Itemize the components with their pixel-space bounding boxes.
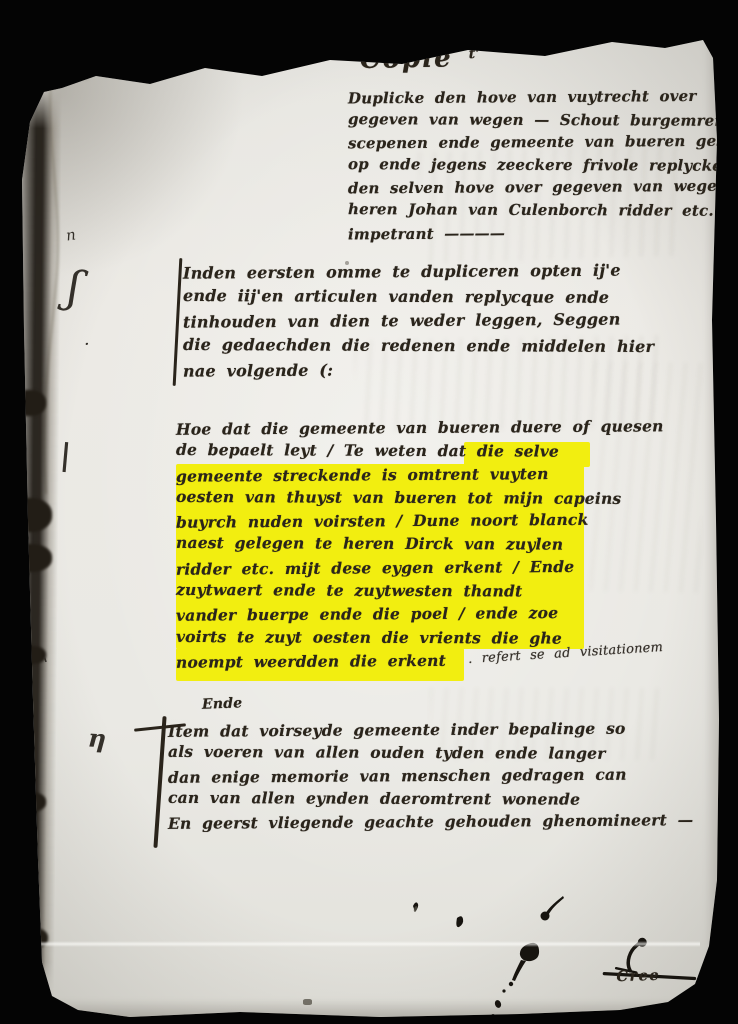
margin-mark-eta: η [87,723,107,753]
sewing-knot [12,390,46,416]
edge-speck [303,999,312,1005]
text-line: buyrch nuden voirsten / Dune noort blanc… [176,507,664,534]
sewing-knot [14,792,46,812]
sewing-knot [6,498,52,532]
signature-text: Cree [616,967,660,986]
sewing-knot [8,544,52,572]
page-title: Copie t' [360,43,480,75]
page-edge-shading-bottom [50,994,700,1020]
paragraph-4-header: Ende [202,695,243,712]
text-line: op ende jegens zeeckere frivole replycke… [348,153,738,177]
text-line: Duplicke den hove van vuytrecht over [348,85,738,110]
text-line: tinhouden van dien te weder leggen, Segg… [183,308,654,336]
paragraph-bracket [173,258,183,386]
text-line: den selven hove over gegeven van wegen [348,175,738,200]
text-line: als voeren van allen ouden tyden ende la… [168,740,693,765]
text-line: gemeente streckende is omtrent vuyten [176,461,664,488]
paragraph-2: Inden eersten omme te dupliceren opten i… [183,260,654,383]
text-line: Inden eersten omme te dupliceren opten i… [183,258,654,286]
text-line: naest gelegen te heren Dirck van zuylen [176,531,664,556]
paper-crease [40,941,700,947]
text-line: nae volgende (: [183,357,654,385]
heading-flourish: t' [468,46,479,62]
text-line: de bepaelt leyt / Te weten dat die selve [176,438,664,463]
text-line: zuytwaert ende te zuytwesten thandt [176,578,664,603]
text-line: ridder etc. mijt dese eygen erkent / End… [176,554,664,581]
text-line: oesten van thuyst van bueren tot mijn ca… [176,485,664,510]
text-line: heren Johan van Culenborch ridder etc. [348,198,738,222]
paper-speck [345,261,349,265]
text-line: Item dat voirseyde gemeente inder bepali… [168,716,693,743]
paragraph-bracket [153,716,166,848]
text-line: can van allen eynden daeromtrent wonende [168,786,693,811]
text-line: scepenen ende gemeente van bueren gestel… [348,130,738,155]
text-line: vander buerpe ende die poel / ende zoe [176,601,664,628]
manuscript-page: Copie t' Duplicke den hove van vuytrecht… [0,0,738,1024]
paragraph-1: Duplicke den hove van vuytrecht over geg… [348,86,738,244]
text-line: Hoe dat die gemeente van bueren duere of… [176,414,664,441]
text-line: impetrant ———— [348,220,738,245]
text-line: dan enige memorie van menschen gedragen … [168,762,693,789]
margin-mark-dot: · [84,334,90,355]
manuscript-scan: Copie t' Duplicke den hove van vuytrecht… [0,0,738,1024]
paragraph-3: Hoe dat die gemeente van bueren duere of… [176,416,664,672]
text-line: En geerst vliegende geachte gehouden ghe… [168,808,693,835]
paragraph-4: Item dat voirseyde gemeente inder bepali… [168,718,693,833]
heading-text: Copie [360,43,453,75]
text-line: ende iij'en articulen vanden replycque e… [183,284,654,311]
text-line: die gedaechden die redenen ende middelen… [183,333,654,360]
ink-splatter [400,894,570,1024]
text-line: gegeven van wegen — Schout burgemren [348,108,738,132]
